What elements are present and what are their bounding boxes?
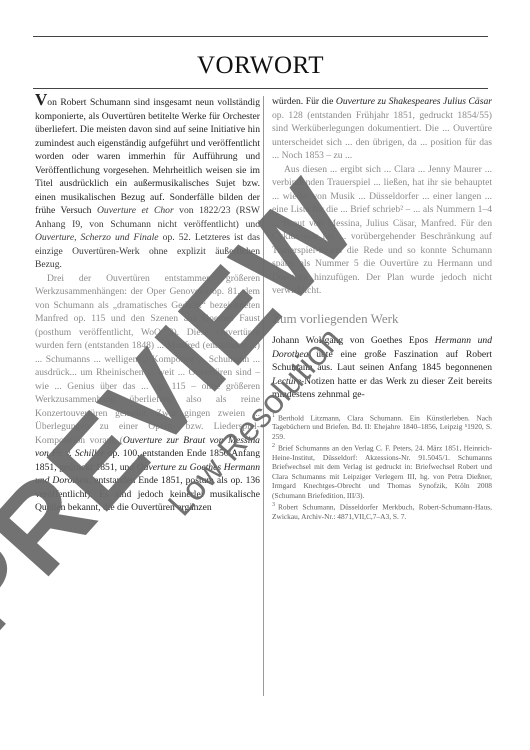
footnote-3: 3Robert Schumann, Düsseldorfer Merkbuch,… [272, 501, 492, 521]
drop-cap: V [35, 90, 47, 109]
continuation-paragraph: würden. Für die Ouverture zu Shakespeare… [272, 95, 492, 163]
footnote-1: 1Berthold Litzmann, Clara Schumann. Ein … [272, 412, 492, 442]
top-rule [33, 36, 488, 37]
footnote-2: 2Brief Schumanns an den Verlag C. F. Pet… [272, 442, 492, 500]
title-bottom-rule [33, 88, 488, 89]
page-title: VORWORT [33, 52, 488, 80]
